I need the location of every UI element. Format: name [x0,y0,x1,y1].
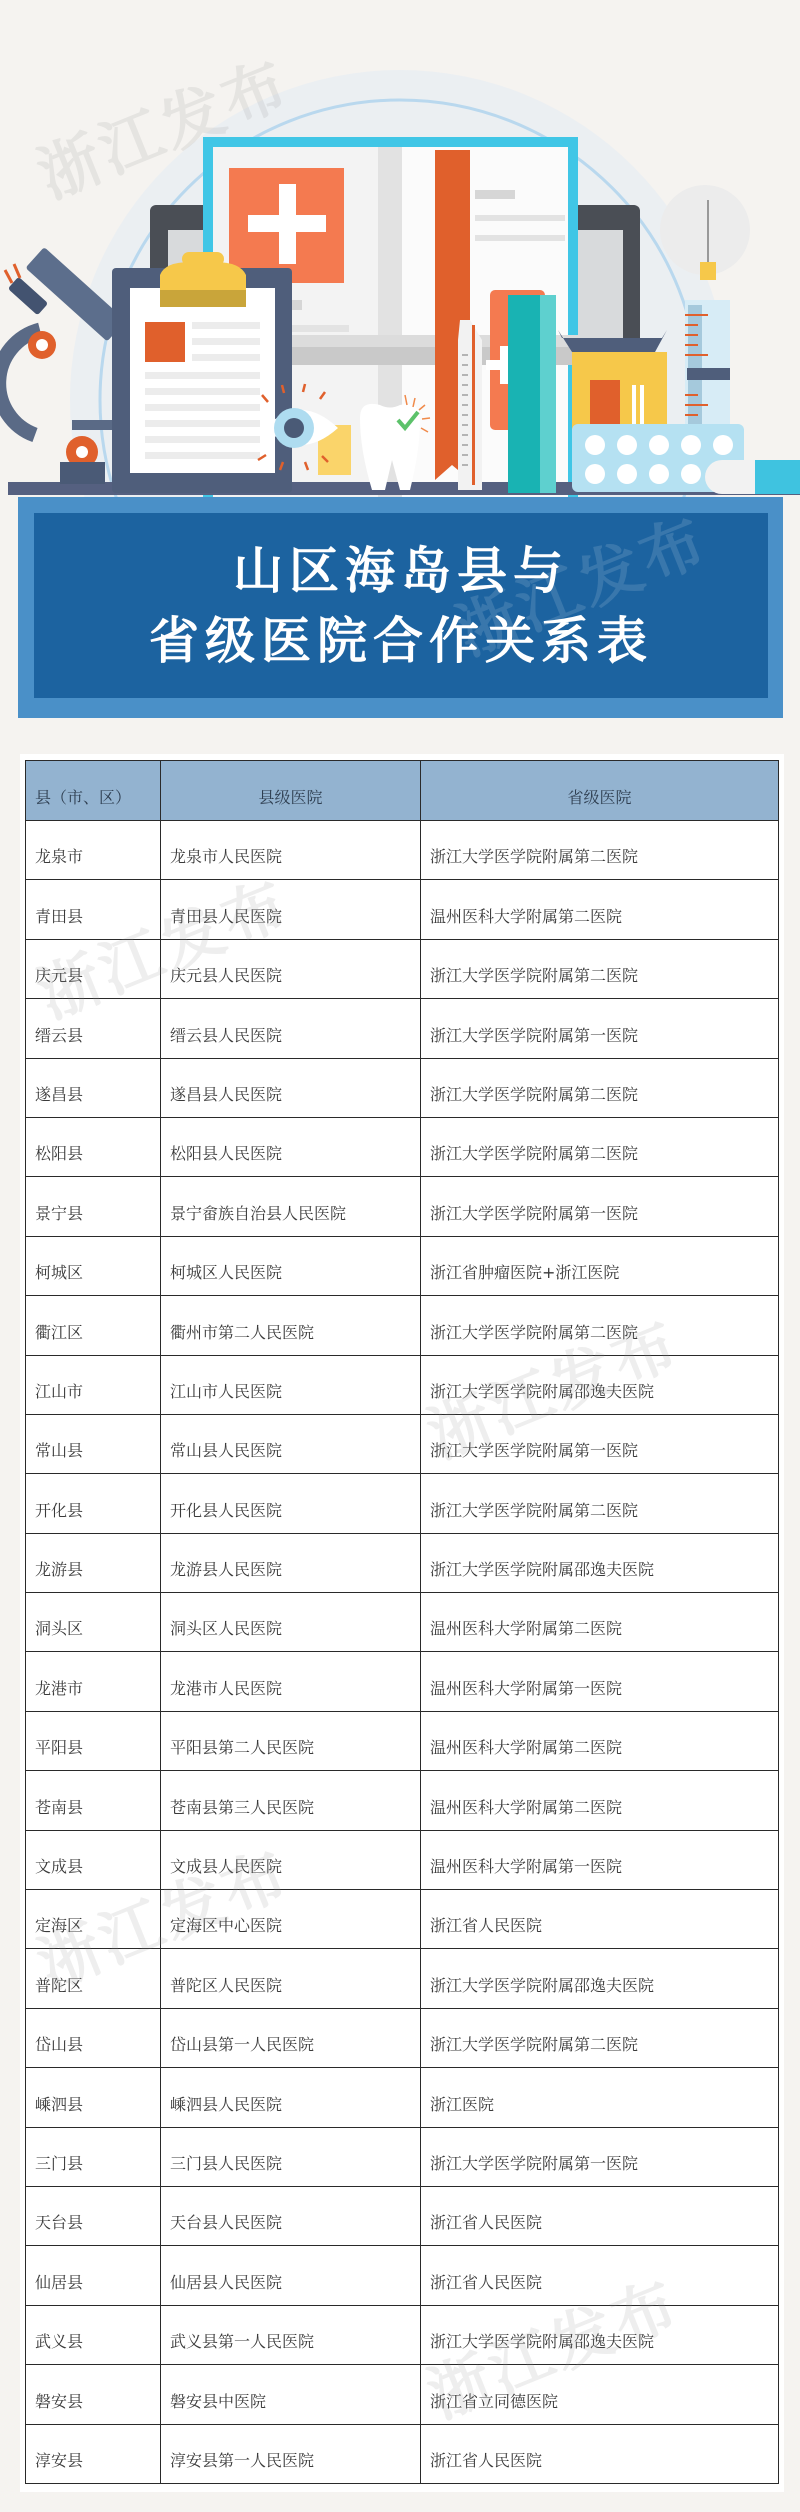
table-row: 岱山县岱山县第一人民医院浙江大学医学院附属第二医院 [26,2008,779,2067]
cell-provincial-hospital: 温州医科大学附属第二医院 [421,1711,779,1770]
cell-provincial-hospital: 浙江省人民医院 [421,2246,779,2305]
cell-county-hospital: 开化县人民医院 [161,1474,421,1533]
column-header-county: 县（市、区） [26,761,161,821]
cell-county: 龙泉市 [26,821,161,880]
cell-county: 磐安县 [26,2365,161,2424]
cell-provincial-hospital: 浙江大学医学院附属第二医院 [421,1474,779,1533]
table-row: 三门县三门县人民医院浙江大学医学院附属第一医院 [26,2127,779,2186]
table-row: 缙云县缙云县人民医院浙江大学医学院附属第一医院 [26,999,779,1058]
cell-county-hospital: 柯城区人民医院 [161,1236,421,1295]
cell-county: 遂昌县 [26,1058,161,1117]
cell-county: 岱山县 [26,2008,161,2067]
title-banner: 山区海岛县与 省级医院合作关系表 浙江发布 [18,497,783,718]
table-row: 青田县青田县人民医院温州医科大学附属第二医院 [26,880,779,939]
table-row: 洞头区洞头区人民医院温州医科大学附属第二医院 [26,1593,779,1652]
cell-county-hospital: 松阳县人民医院 [161,1117,421,1176]
cell-county: 龙游县 [26,1533,161,1592]
cell-county-hospital: 青田县人民医院 [161,880,421,939]
cell-provincial-hospital: 浙江大学医学院附属第一医院 [421,1414,779,1473]
cell-county-hospital: 武义县第一人民医院 [161,2305,421,2364]
cell-county-hospital: 淳安县第一人民医院 [161,2424,421,2483]
table-row: 开化县开化县人民医院浙江大学医学院附属第二医院 [26,1474,779,1533]
cell-provincial-hospital: 温州医科大学附属第一医院 [421,1652,779,1711]
cell-county-hospital: 三门县人民医院 [161,2127,421,2186]
table-row: 嵊泗县嵊泗县人民医院浙江医院 [26,2068,779,2127]
cell-county: 衢江区 [26,1296,161,1355]
cell-county-hospital: 平阳县第二人民医院 [161,1711,421,1770]
cell-county-hospital: 嵊泗县人民医院 [161,2068,421,2127]
cell-county-hospital: 苍南县第三人民医院 [161,1771,421,1830]
table-row: 淳安县淳安县第一人民医院浙江省人民医院 [26,2424,779,2483]
cell-county: 常山县 [26,1414,161,1473]
cell-county: 开化县 [26,1474,161,1533]
cell-provincial-hospital: 浙江省人民医院 [421,1890,779,1949]
table-row: 天台县天台县人民医院浙江省人民医院 [26,2186,779,2245]
table-row: 仙居县仙居县人民医院浙江省人民医院 [26,2246,779,2305]
cell-county: 仙居县 [26,2246,161,2305]
cell-provincial-hospital: 浙江大学医学院附属邵逸夫医院 [421,2305,779,2364]
table-row: 柯城区柯城区人民医院浙江省肿瘤医院+浙江医院 [26,1236,779,1295]
cell-county-hospital: 龙游县人民医院 [161,1533,421,1592]
thermometer-icon [458,320,482,490]
cell-provincial-hospital: 浙江大学医学院附属第二医院 [421,1296,779,1355]
cell-county: 洞头区 [26,1593,161,1652]
cell-county-hospital: 仙居县人民医院 [161,2246,421,2305]
cell-provincial-hospital: 浙江大学医学院附属第二医院 [421,1058,779,1117]
cell-county: 三门县 [26,2127,161,2186]
cell-county: 缙云县 [26,999,161,1058]
column-header-provincial-hospital: 省级医院 [421,761,779,821]
cell-provincial-hospital: 浙江大学医学院附属第二医院 [421,2008,779,2067]
cell-county: 江山市 [26,1355,161,1414]
table-row: 遂昌县遂昌县人民医院浙江大学医学院附属第二医院 [26,1058,779,1117]
cell-county-hospital: 岱山县第一人民医院 [161,2008,421,2067]
cell-county-hospital: 龙泉市人民医院 [161,821,421,880]
cell-provincial-hospital: 浙江省人民医院 [421,2186,779,2245]
cell-provincial-hospital: 温州医科大学附属第二医院 [421,1593,779,1652]
cell-provincial-hospital: 浙江大学医学院附属第二医院 [421,821,779,880]
table-row: 文成县文成县人民医院温州医科大学附属第一医院 [26,1830,779,1889]
cell-county: 平阳县 [26,1711,161,1770]
cell-provincial-hospital: 浙江大学医学院附属邵逸夫医院 [421,1355,779,1414]
cell-county-hospital: 洞头区人民医院 [161,1593,421,1652]
cell-county: 文成县 [26,1830,161,1889]
table-body: 龙泉市龙泉市人民医院浙江大学医学院附属第二医院 青田县青田县人民医院温州医科大学… [26,821,779,2484]
cell-county-hospital: 庆元县人民医院 [161,939,421,998]
cell-provincial-hospital: 浙江大学医学院附属第二医院 [421,939,779,998]
cell-county-hospital: 遂昌县人民医院 [161,1058,421,1117]
teal-box-side [540,295,556,493]
cell-county-hospital: 景宁畲族自治县人民医院 [161,1177,421,1236]
table-row: 松阳县松阳县人民医院浙江大学医学院附属第二医院 [26,1117,779,1176]
capsule-icon [705,460,800,494]
cell-county: 普陀区 [26,1949,161,2008]
cell-provincial-hospital: 浙江大学医学院附属第二医院 [421,1117,779,1176]
cell-county-hospital: 常山县人民医院 [161,1414,421,1473]
table-row: 平阳县平阳县第二人民医院温州医科大学附属第二医院 [26,1711,779,1770]
cell-county-hospital: 缙云县人民医院 [161,999,421,1058]
table-row: 龙港市龙港市人民医院温州医科大学附属第一医院 [26,1652,779,1711]
cell-county-hospital: 定海区中心医院 [161,1890,421,1949]
cell-county-hospital: 普陀区人民医院 [161,1949,421,2008]
cell-provincial-hospital: 浙江医院 [421,2068,779,2127]
cell-provincial-hospital: 浙江省肿瘤医院+浙江医院 [421,1236,779,1295]
table-row: 磐安县磐安县中医院浙江省立同德医院 [26,2365,779,2424]
cooperation-table: 县（市、区） 县级医院 省级医院 龙泉市龙泉市人民医院浙江大学医学院附属第二医院… [25,760,779,2484]
cell-provincial-hospital: 浙江大学医学院附属邵逸夫医院 [421,1533,779,1592]
cell-county: 松阳县 [26,1117,161,1176]
cell-provincial-hospital: 浙江大学医学院附属第一医院 [421,1177,779,1236]
table-row: 衢江区衢州市第二人民医院浙江大学医学院附属第二医院 [26,1296,779,1355]
cell-county: 淳安县 [26,2424,161,2483]
cell-county: 武义县 [26,2305,161,2364]
page-title-line-2: 省级医院合作关系表 [149,606,653,676]
cell-county: 柯城区 [26,1236,161,1295]
table-row: 龙游县龙游县人民医院浙江大学医学院附属邵逸夫医院 [26,1533,779,1592]
cell-county: 苍南县 [26,1771,161,1830]
cell-provincial-hospital: 浙江省立同德医院 [421,2365,779,2424]
table-header-row: 县（市、区） 县级医院 省级医院 [26,761,779,821]
cell-provincial-hospital: 温州医科大学附属第一医院 [421,1830,779,1889]
cell-provincial-hospital: 浙江省人民医院 [421,2424,779,2483]
cell-county: 嵊泗县 [26,2068,161,2127]
column-header-county-hospital: 县级医院 [161,761,421,821]
cell-county: 青田县 [26,880,161,939]
cell-county-hospital: 衢州市第二人民医院 [161,1296,421,1355]
cell-provincial-hospital: 温州医科大学附属第二医院 [421,1771,779,1830]
cell-provincial-hospital: 浙江大学医学院附属邵逸夫医院 [421,1949,779,2008]
table-row: 庆元县庆元县人民医院浙江大学医学院附属第二医院 [26,939,779,998]
cell-provincial-hospital: 浙江大学医学院附属第一医院 [421,999,779,1058]
cell-county-hospital: 龙港市人民医院 [161,1652,421,1711]
table-row: 常山县常山县人民医院浙江大学医学院附属第一医院 [26,1414,779,1473]
table-row: 武义县武义县第一人民医院浙江大学医学院附属邵逸夫医院 [26,2305,779,2364]
cell-county-hospital: 江山市人民医院 [161,1355,421,1414]
cell-county: 景宁县 [26,1177,161,1236]
page-title-line-1: 山区海岛县与 [233,536,569,606]
cell-county-hospital: 磐安县中医院 [161,2365,421,2424]
cell-county: 龙港市 [26,1652,161,1711]
cell-county-hospital: 天台县人民医院 [161,2186,421,2245]
cell-county: 定海区 [26,1890,161,1949]
cell-provincial-hospital: 浙江大学医学院附属第一医院 [421,2127,779,2186]
table-row: 龙泉市龙泉市人民医院浙江大学医学院附属第二医院 [26,821,779,880]
table-row: 景宁县景宁畲族自治县人民医院浙江大学医学院附属第一医院 [26,1177,779,1236]
medicine-box-icon [558,330,667,432]
title-banner-inner: 山区海岛县与 省级医院合作关系表 [34,513,768,698]
cell-county: 天台县 [26,2186,161,2245]
cell-county-hospital: 文成县人民医院 [161,1830,421,1889]
table-row: 普陀区普陀区人民医院浙江大学医学院附属邵逸夫医院 [26,1949,779,2008]
table-row: 江山市江山市人民医院浙江大学医学院附属邵逸夫医院 [26,1355,779,1414]
cell-county: 庆元县 [26,939,161,998]
table-row: 苍南县苍南县第三人民医院温州医科大学附属第二医院 [26,1771,779,1830]
table-row: 定海区定海区中心医院浙江省人民医院 [26,1890,779,1949]
cell-provincial-hospital: 温州医科大学附属第二医院 [421,880,779,939]
header-illustration: 浙江发布 [0,0,800,497]
